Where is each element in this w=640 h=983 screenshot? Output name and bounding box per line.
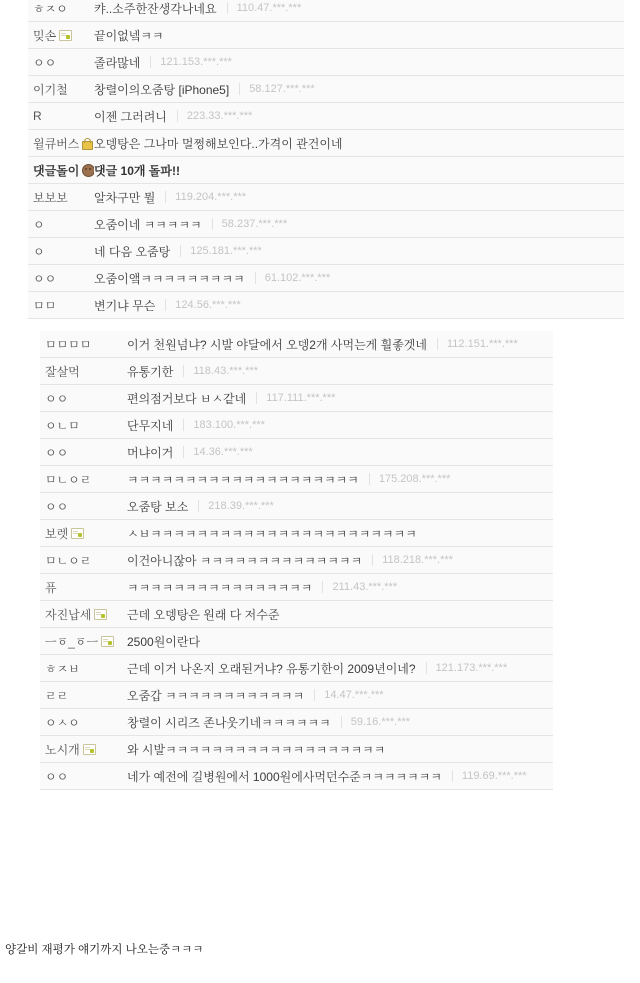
comment-text: 단무지네 [127,417,173,434]
comment-text: 네가 예전에 길병원에서 1000원에사먹던수준ㅋㅋㅋㅋㅋㅋㅋ [127,768,442,785]
nickname-label: ㅁㅁㅁㅁ [45,336,91,353]
comment-row: ㅇㅇ오줌탕 보소218.39.***.*** [40,493,553,520]
comment-text: 오줌이앸ㅋㅋㅋㅋㅋㅋㅋㅋㅋ [94,270,245,287]
nickname-label: ㄹㄹ [45,687,68,704]
nickname-label: 보보보 [33,189,68,206]
commenter-nickname[interactable]: 밎손 [28,27,94,44]
comment-row: ㅇㅇ오줌이앸ㅋㅋㅋㅋㅋㅋㅋㅋㅋ61.102.***.*** [28,265,624,292]
comment-text: 알차구만 뭘 [94,189,155,206]
nickname-label: ㅁㄴㅇㄹ [45,471,91,488]
nickname-label: R [33,109,42,123]
nickname-label: 이기철 [33,81,68,98]
commenter-nickname[interactable]: ㅡㆆ_ㆆㅡ [40,633,127,650]
comment-row: 이기철창렬이의오줌탕 [iPhone5]58.127.***.*** [28,76,624,103]
comment-row: ㅇㅇ편의점거보다 ㅂㅅ같네117.111.***.*** [40,385,553,412]
commenter-nickname[interactable]: 이기철 [28,81,94,98]
comment-row: ㅎㅈㅇ캬..소주한잔생각나네요110.47.***.*** [28,0,624,22]
commenter-ip: 58.237.***.*** [212,218,287,230]
comment-row: 자진납세근데 오뎅탕은 원래 다 저수준 [40,601,553,628]
comment-row: ㅁㅁ변기냐 무슨124.56.***.*** [28,292,624,319]
nickname-label: ㅁㄴㅇㄹ [45,552,91,569]
comment-text: ㅅㅂㅋㅋㅋㅋㅋㅋㅋㅋㅋㅋㅋㅋㅋㅋㅋㅋㅋㅋㅋㅋㅋㅋㅋ [127,525,417,542]
commenter-ip: 211.43.***.*** [322,581,397,593]
commenter-nickname[interactable]: ㅇㅇ [40,768,127,785]
fixed-nick-icon [101,636,114,647]
comment-page: { "colors": { "row_bg": "#fafafa", "row_… [0,0,640,983]
comment-text: 창렬이 시리즈 존나웃기네ㅋㅋㅋㅋㅋㅋ [127,714,331,731]
comment-text: 창렬이의오줌탕 [iPhone5] [94,81,229,98]
commenter-nickname[interactable]: ㄹㄹ [40,687,127,704]
comment-row: 노시개와 시발ㅋㅋㅋㅋㅋㅋㅋㅋㅋㅋㅋㅋㅋㅋㅋㅋㅋㅋㅋ [40,736,553,763]
comment-text: 2500원이란다 [127,633,200,650]
nickname-label: ㅇㅇ [45,768,68,785]
nickname-label: ㅁㅁ [33,297,56,314]
comment-row: 댓글돌이댓글 10개 돌파!! [28,157,624,184]
nickname-label: ㅇ [33,216,45,233]
commenter-nickname[interactable]: ㅇㅇ [40,390,127,407]
comment-text: 와 시발ㅋㅋㅋㅋㅋㅋㅋㅋㅋㅋㅋㅋㅋㅋㅋㅋㅋㅋㅋ [127,741,385,758]
comment-text: 근데 오뎅탕은 원래 다 저수준 [127,606,279,623]
comment-row: 잘살먹유통기한118.43.***.*** [40,358,553,385]
commenter-ip: 223.33.***.*** [177,110,252,122]
comment-row: 윌큐버스오뎅탕은 그나마 멀쩡해보인다..가격이 관건이네 [28,130,624,157]
nickname-label: ㅇㅅㅇ [45,714,80,731]
commenter-nickname[interactable]: ㅁㅁ [28,297,94,314]
commenter-ip: 119.204.***.*** [165,191,246,203]
commenter-nickname[interactable]: ㅎㅈㅂ [40,660,127,677]
comment-text: 이거 천원넘냐? 시발 야달에서 오뎅2개 사먹는게 훨좋겟네 [127,336,427,353]
commenter-ip: 59.16.***.*** [341,716,410,728]
comment-row: ㅎㅈㅂ근데 이거 나온지 오래된거냐? 유통기한이 2009년이네?121.17… [40,655,553,682]
commenter-ip: 61.102.***.*** [255,272,330,284]
nickname-label: 밎손 [33,27,56,44]
nickname-label: 자진납세 [45,606,91,623]
nickname-label: ㅇㅇ [45,390,68,407]
commenter-ip: 112.151.***.*** [437,338,518,350]
nickname-label: 잘살먹 [45,363,80,380]
fixed-nick-icon [71,528,84,539]
footer-caption: 양갈비 재평가 얘기까지 나오는중ㅋㅋㅋ [5,941,203,957]
commenter-nickname[interactable]: ㅇㅇ [28,270,94,287]
comment-row: ㅇㅇ네가 예전에 길병원에서 1000원에사먹던수준ㅋㅋㅋㅋㅋㅋㅋ119.69.… [40,763,553,790]
comment-text: 오줌이네 ㅋㅋㅋㅋㅋ [94,216,202,233]
comment-list-nested: ㅁㅁㅁㅁ이거 천원넘냐? 시발 야달에서 오뎅2개 사먹는게 훨좋겟네112.1… [40,331,553,790]
commenter-ip: 218.39.***.*** [198,500,273,512]
comment-text: 편의점거보다 ㅂㅅ같네 [127,390,246,407]
nickname-label: ㅇㅇ [45,498,68,515]
commenter-nickname[interactable]: R [28,109,94,123]
fixed-nick-icon [59,30,72,41]
comment-row: ㄹㄹ오줌갑 ㅋㅋㅋㅋㅋㅋㅋㅋㅋㅋㅋㅋ14.47.***.*** [40,682,553,709]
nickname-label: ㅡㆆ_ㆆㅡ [45,633,98,650]
commenter-ip: 118.43.***.*** [183,365,258,377]
commenter-nickname[interactable]: 윌큐버스 [28,135,94,152]
comment-row: ㅁㅁㅁㅁ이거 천원넘냐? 시발 야달에서 오뎅2개 사먹는게 훨좋겟네112.1… [40,331,553,358]
commenter-nickname[interactable]: ㅇ [28,216,94,233]
commenter-ip: 121.153.***.*** [150,56,232,68]
nickname-label: ㅎㅈㅇ [33,0,68,17]
comment-text: 끝이없넼ㅋㅋ [94,27,164,44]
comment-text: 이젠 그러려니 [94,108,167,125]
nickname-label: 댓글돌이 [33,162,79,179]
commenter-ip: 183.100.***.*** [183,419,265,431]
comment-text: 변기냐 무슨 [94,297,155,314]
commenter-ip: 14.47.***.*** [314,689,383,701]
comment-list-main: ㅎㅈㅇ캬..소주한잔생각나네요110.47.***.***밎손끝이없넼ㅋㅋㅇㅇ졸… [28,0,624,319]
commenter-nickname[interactable]: 보보보 [28,189,94,206]
comment-row: 퓨ㅋㅋㅋㅋㅋㅋㅋㅋㅋㅋㅋㅋㅋㅋㅋㅋ211.43.***.*** [40,574,553,601]
commenter-nickname[interactable]: ㅇㅇ [28,54,94,71]
commenter-nickname[interactable]: ㅁㄴㅇㄹ [40,552,127,569]
comment-row: ㅇ오줌이네 ㅋㅋㅋㅋㅋ58.237.***.*** [28,211,624,238]
commenter-nickname[interactable]: ㅇㅇ [40,444,127,461]
commenter-nickname[interactable]: ㅇ [28,243,94,260]
commenter-nickname[interactable]: ㅇㄴㅁ [40,417,127,434]
comment-row: ㅇ네 다음 오줌탕125.181.***.*** [28,238,624,265]
nickname-label: 노시개 [45,741,80,758]
commenter-ip: 175.208.***.*** [369,473,451,485]
comment-text: 졸라많네 [94,54,140,71]
commenter-ip: 125.181.***.*** [180,245,262,257]
comment-text: 오줌갑 ㅋㅋㅋㅋㅋㅋㅋㅋㅋㅋㅋㅋ [127,687,304,704]
commenter-ip: 110.47.***.*** [227,2,302,14]
commenter-nickname[interactable]: 퓨 [40,579,127,596]
locked-nick-icon [82,141,93,150]
commenter-nickname[interactable]: ㅇㅇ [40,498,127,515]
commenter-nickname[interactable]: 댓글돌이 [28,162,94,179]
comment-text: 네 다음 오줌탕 [94,243,170,260]
comment-row: 보보보알차구만 뭘119.204.***.*** [28,184,624,211]
comment-text: 댓글 10개 돌파!! [94,162,180,179]
comment-row: 보렛ㅅㅂㅋㅋㅋㅋㅋㅋㅋㅋㅋㅋㅋㅋㅋㅋㅋㅋㅋㅋㅋㅋㅋㅋㅋ [40,520,553,547]
comment-row: ㅇㅅㅇ창렬이 시리즈 존나웃기네ㅋㅋㅋㅋㅋㅋ59.16.***.*** [40,709,553,736]
comment-row: ㅇㅇ머냐이거14.36.***.*** [40,439,553,466]
commenter-ip: 119.69.***.*** [452,770,527,782]
commenter-ip: 58.127.***.*** [239,83,314,95]
comment-text: 유통기한 [127,363,173,380]
comment-text: 근데 이거 나온지 오래된거냐? 유통기한이 2009년이네? [127,660,416,677]
comment-text: 머냐이거 [127,444,173,461]
nickname-label: 윌큐버스 [33,135,79,152]
nickname-label: ㅇㅇ [33,270,56,287]
comment-row: 밎손끝이없넼ㅋㅋ [28,22,624,49]
fixed-nick-icon [83,744,96,755]
comment-text: ㅋㅋㅋㅋㅋㅋㅋㅋㅋㅋㅋㅋㅋㅋㅋㅋ [127,579,312,596]
nickname-label: ㅇㅇ [33,54,56,71]
comment-text: 오뎅탕은 그나마 멀쩡해보인다..가격이 관건이네 [94,135,343,152]
nickname-label: ㅎㅈㅂ [45,660,80,677]
commenter-ip: 124.56.***.*** [165,299,240,311]
fixed-nick-icon [94,609,107,620]
commenter-nickname[interactable]: ㅁㅁㅁㅁ [40,336,127,353]
commenter-ip: 14.36.***.*** [183,446,252,458]
commenter-nickname[interactable]: ㅎㅈㅇ [28,0,94,17]
comment-row: ㅁㄴㅇㄹ이건아니잖아 ㅋㅋㅋㅋㅋㅋㅋㅋㅋㅋㅋㅋㅋㅋ118.218.***.*** [40,547,553,574]
nickname-label: ㅇ [33,243,45,260]
comment-row: ㅇㄴㅁ단무지네183.100.***.*** [40,412,553,439]
commenter-nickname[interactable]: ㅇㅅㅇ [40,714,127,731]
comment-bot-icon [82,164,94,177]
comment-text: ㅋㅋㅋㅋㅋㅋㅋㅋㅋㅋㅋㅋㅋㅋㅋㅋㅋㅋㅋㅋ [127,471,359,488]
nickname-label: 보렛 [45,525,68,542]
commenter-nickname[interactable]: 보렛 [40,525,127,542]
commenter-nickname[interactable]: ㅁㄴㅇㄹ [40,471,127,488]
comment-text: 오줌탕 보소 [127,498,188,515]
nickname-label: 퓨 [45,579,57,596]
nickname-label: ㅇㅇ [45,444,68,461]
nickname-label: ㅇㄴㅁ [45,417,80,434]
comment-text: 이건아니잖아 ㅋㅋㅋㅋㅋㅋㅋㅋㅋㅋㅋㅋㅋㅋ [127,552,362,569]
comment-row: ㅁㄴㅇㄹㅋㅋㅋㅋㅋㅋㅋㅋㅋㅋㅋㅋㅋㅋㅋㅋㅋㅋㅋㅋ175.208.***.*** [40,466,553,493]
commenter-nickname[interactable]: 잘살먹 [40,363,127,380]
commenter-nickname[interactable]: 노시개 [40,741,127,758]
commenter-ip: 117.111.***.*** [256,392,335,404]
comment-row: R이젠 그러려니223.33.***.*** [28,103,624,130]
commenter-nickname[interactable]: 자진납세 [40,606,127,623]
comment-row: ㅇㅇ졸라많네121.153.***.*** [28,49,624,76]
comment-row: ㅡㆆ_ㆆㅡ2500원이란다 [40,628,553,655]
commenter-ip: 121.173.***.*** [426,662,508,674]
comment-text: 캬..소주한잔생각나네요 [94,0,217,17]
commenter-ip: 118.218.***.*** [372,554,453,566]
